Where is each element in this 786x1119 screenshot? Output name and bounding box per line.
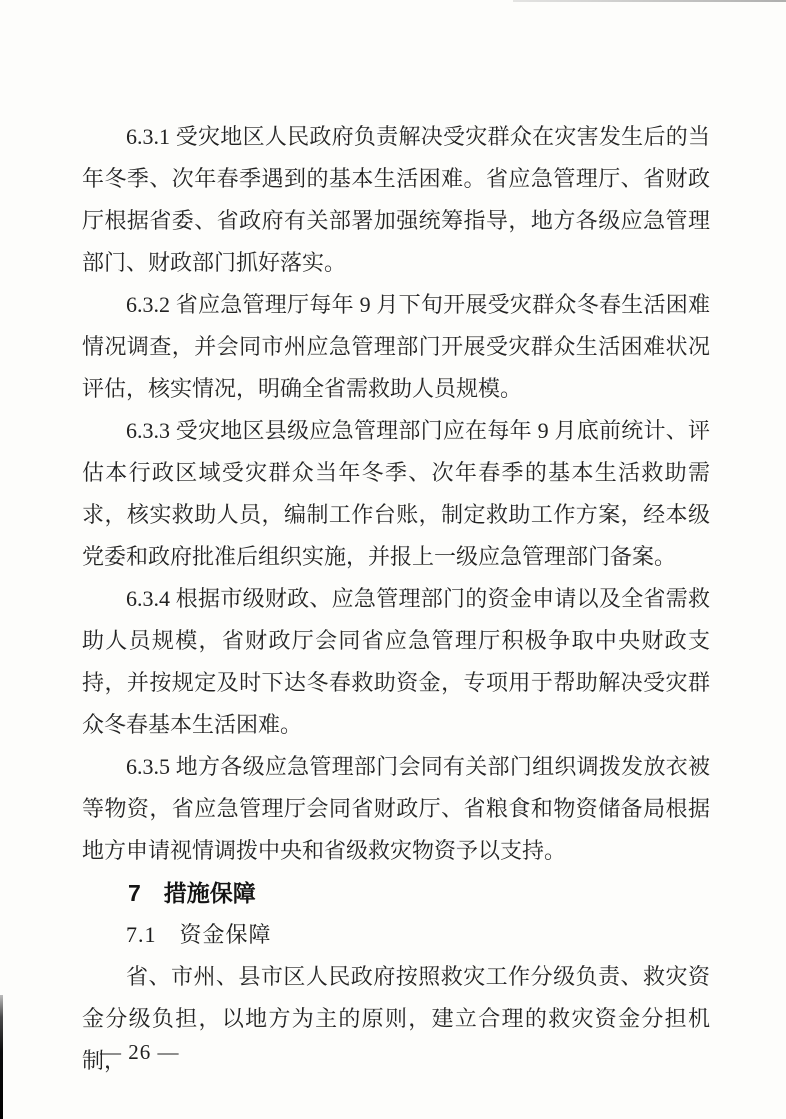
paragraph-6-3-3: 6.3.3 受灾地区县级应急管理部门应在每年 9 月底前统计、评估本行政区域受灾… <box>82 410 710 578</box>
document-page: 6.3.1 受灾地区人民政府负责解决受灾群众在灾害发生后的当年冬季、次年春季遇到… <box>0 0 786 1119</box>
section-heading-7: 7 措施保障 <box>82 872 710 914</box>
scan-artifact-top-edge <box>513 0 786 2</box>
paragraph-6-3-1: 6.3.1 受灾地区人民政府负责解决受灾群众在灾害发生后的当年冬季、次年春季遇到… <box>82 116 710 284</box>
subsection-heading-7-1: 7.1 资金保障 <box>82 914 710 956</box>
scan-artifact-left-edge <box>0 995 3 1119</box>
paragraph-6-3-4: 6.3.4 根据市级财政、应急管理部门的资金申请以及全省需救助人员规模，省财政厅… <box>82 578 710 746</box>
paragraph-6-3-2: 6.3.2 省应急管理厅每年 9 月下旬开展受灾群众冬春生活困难情况调查，并会同… <box>82 284 710 410</box>
paragraph-6-3-5: 6.3.5 地方各级应急管理部门会同有关部门组织调拨发放衣被等物资，省应急管理厅… <box>82 746 710 872</box>
page-body-text: 6.3.1 受灾地区人民政府负责解决受灾群众在灾害发生后的当年冬季、次年春季遇到… <box>82 116 710 1082</box>
page-number: — 26 — <box>100 1040 180 1064</box>
